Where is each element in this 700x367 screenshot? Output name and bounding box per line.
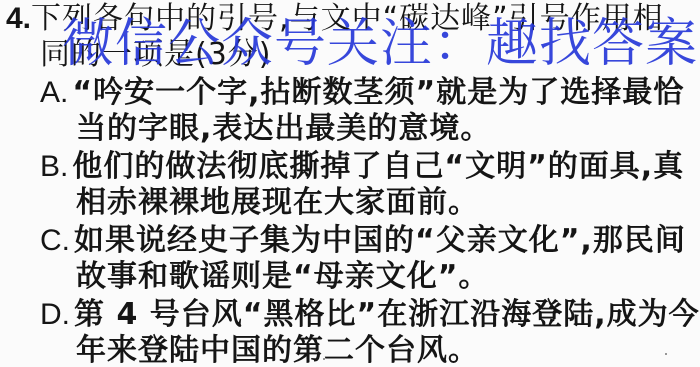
option-a-line-1: A.“吟安一个字,拈断数茎须”就是为了选择最恰 (40, 76, 684, 110)
option-c-label: C. (40, 224, 70, 257)
option-d-label: D. (40, 298, 70, 331)
scan-speck (323, 358, 325, 360)
option-a-line-2: 当的字眼,表达出最美的意境。 (76, 112, 491, 146)
option-c-text-2: 故事和歌谣则是“母亲文化”。 (76, 259, 489, 294)
option-a-label: A. (40, 76, 68, 109)
option-a-text-1: “吟安一个字,拈断数茎须”就是为了选择最恰 (72, 75, 684, 110)
option-d-text-2: 年来登陆中国的第二个台风。 (76, 333, 479, 367)
question-number: 4. (6, 2, 31, 35)
option-c-text-1: 如果说经史子集为中国的“父亲文化”,那民间 (74, 223, 686, 258)
scan-speck (665, 353, 667, 355)
watermark-text: 微信公众号关注：趣找答案 (62, 14, 698, 74)
option-b-label: B. (40, 150, 68, 183)
option-d-line-1: D.第 4 号台风“黑格比”在浙江沿海登陆,成为今 (40, 298, 700, 332)
option-c-line-1: C.如果说经史子集为中国的“父亲文化”,那民间 (40, 224, 686, 258)
option-b-line-2: 相赤裸裸地展现在大家面前。 (76, 186, 479, 220)
option-d-line-2: 年来登陆中国的第二个台风。 (76, 334, 479, 367)
exam-page: 4.下列各句中的引号,与文中“碳达峰”引号作用相 同的一项是(3分) A.“吟安… (0, 0, 700, 367)
option-a-text-2: 当的字眼,表达出最美的意境。 (76, 111, 491, 146)
option-c-line-2: 故事和歌谣则是“母亲文化”。 (76, 260, 489, 294)
option-b-text-1: 他们的做法彻底撕掉了自己“文明”的面具,真 (72, 149, 684, 184)
option-b-text-2: 相赤裸裸地展现在大家面前。 (76, 185, 479, 220)
option-b-line-1: B.他们的做法彻底撕掉了自己“文明”的面具,真 (40, 150, 684, 184)
option-d-text-1: 第 4 号台风“黑格比”在浙江沿海登陆,成为今 (74, 297, 700, 332)
